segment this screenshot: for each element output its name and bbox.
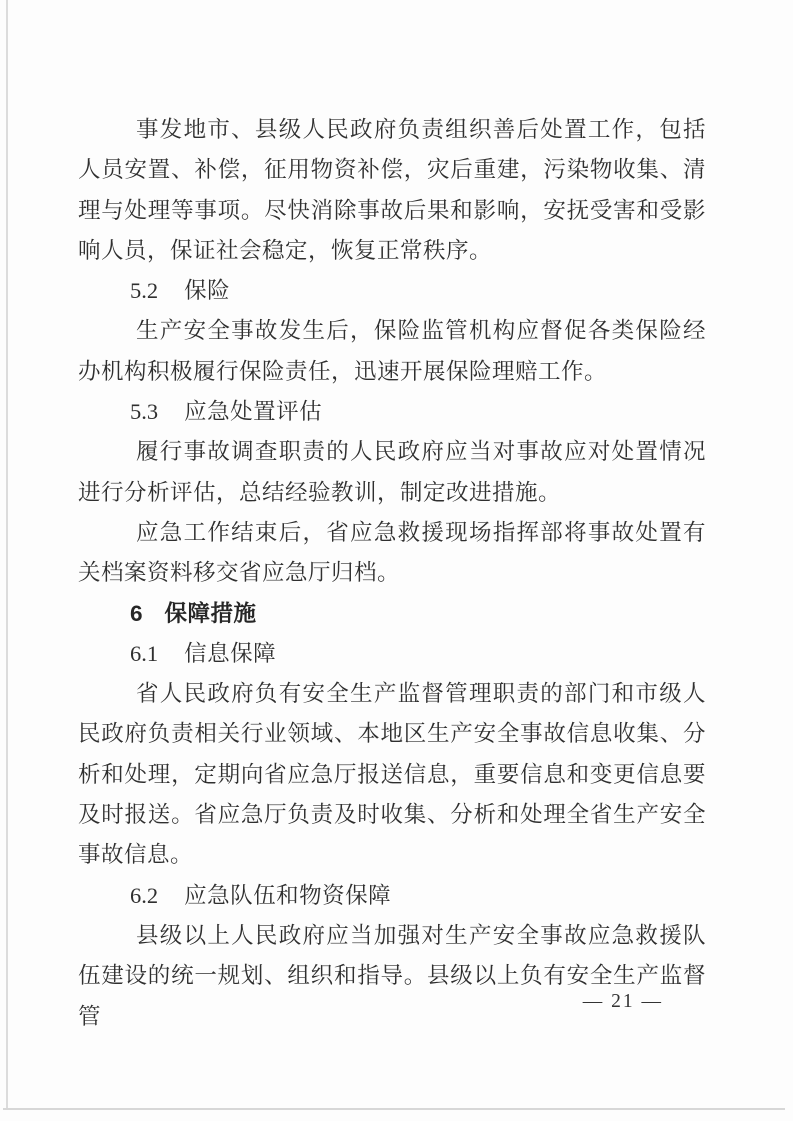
page-edge-bottom <box>3 1108 785 1110</box>
section-heading-6-2: 6.2应急队伍和物资保障 <box>78 876 706 916</box>
heading-number: 6 <box>130 594 143 634</box>
document-page: 事发地市、县级人民政府负责组织善后处置工作，包括人员安置、补偿，征用物资补偿，灾… <box>0 0 793 1121</box>
paragraph-aftermath: 事发地市、县级人民政府负责组织善后处置工作，包括人员安置、补偿，征用物资补偿，灾… <box>78 110 706 271</box>
heading-number: 5.3 <box>130 392 158 432</box>
heading-number: 6.2 <box>130 876 158 916</box>
paragraph-insurance: 生产安全事故发生后，保险监管机构应督促各类保险经办机构积极履行保险责任，迅速开展… <box>78 311 706 392</box>
page-number-footer: — 21 — <box>583 991 663 1013</box>
heading-title: 应急队伍和物资保障 <box>184 883 391 908</box>
page-edge-left <box>6 0 8 1108</box>
section-heading-5-2: 5.2保险 <box>78 271 706 311</box>
paragraph-information: 省人民政府负有安全生产监督管理职责的部门和市级人民政府负责相关行业领域、本地区生… <box>78 674 706 875</box>
heading-title: 应急处置评估 <box>184 399 322 424</box>
chapter-heading-6: 6保障措施 <box>78 594 706 634</box>
paragraph-evaluation: 履行事故调查职责的人民政府应当对事故应对处置情况进行分析评估，总结经验教训，制定… <box>78 432 706 513</box>
section-heading-5-3: 5.3应急处置评估 <box>78 392 706 432</box>
document-body: 事发地市、县级人民政府负责组织善后处置工作，包括人员安置、补偿，征用物资补偿，灾… <box>78 110 706 1037</box>
heading-title: 保障措施 <box>165 601 257 626</box>
heading-title: 信息保障 <box>184 641 276 666</box>
heading-number: 5.2 <box>130 271 158 311</box>
heading-title: 保险 <box>184 278 230 303</box>
heading-number: 6.1 <box>130 634 158 674</box>
section-heading-6-1: 6.1信息保障 <box>78 634 706 674</box>
paragraph-teams: 县级以上人民政府应当加强对生产安全事故应急救援队伍建设的统一规划、组织和指导。县… <box>78 916 706 1037</box>
paragraph-archive: 应急工作结束后，省应急救援现场指挥部将事故处置有关档案资料移交省应急厅归档。 <box>78 513 706 594</box>
